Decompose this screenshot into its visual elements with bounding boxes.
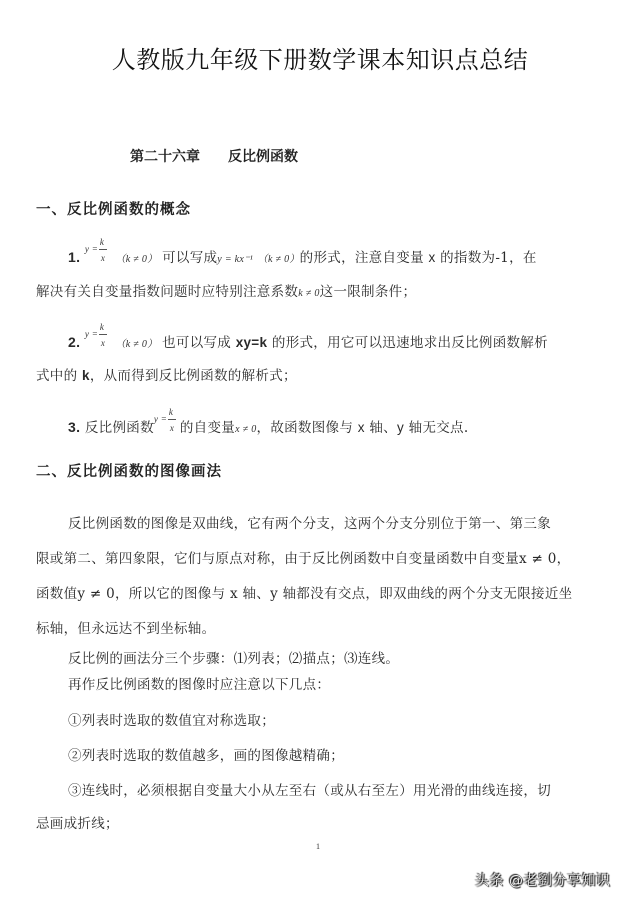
concept-item-2-line-1: 2. y = k x （k ≠ 0） 也可以写成 xy=k 的形式，用它可以迅速… bbox=[68, 325, 548, 353]
drawing-steps: 反比例的画法分三个步骤：⑴列表；⑵描点；⑶连线。 bbox=[68, 647, 399, 667]
note-item-3-continued: 忌画成折线； bbox=[36, 812, 119, 832]
concept-item-2-line-2: 式中的 k，从而得到反比例函数的解析式； bbox=[36, 364, 297, 384]
section-heading-graphing: 二、反比例函数的图像画法 bbox=[36, 460, 222, 481]
item-number: 3. bbox=[68, 419, 80, 435]
chapter-heading: 第二十六章反比例函数 bbox=[130, 146, 298, 166]
item-number: 1. bbox=[68, 249, 80, 265]
concept-item-1-line-1: 1. y = k x （k ≠ 0） 可以写成y = kx⁻¹ （k ≠ 0）的… bbox=[68, 240, 537, 268]
watermark: 头条 @老劉分享知识 bbox=[475, 870, 610, 890]
item-number: 2. bbox=[68, 334, 80, 350]
chapter-name: 反比例函数 bbox=[228, 149, 298, 165]
concept-item-1-line-2: 解决有关自变量指数问题时应特别注意系数k ≠ 0这一限制条件； bbox=[36, 280, 416, 300]
fraction-formula: y = k x bbox=[85, 325, 111, 353]
graphing-paragraph-line-3: 函数值y ≠ 0，所以它的图像与 x 轴、y 轴都没有交点，即双曲线的两个分支无… bbox=[36, 582, 572, 602]
graphing-paragraph-line-1: 反比例函数的图像是双曲线，它有两个分支，这两个分支分别位于第一、第三象 bbox=[68, 512, 551, 532]
document-title: 人教版九年级下册数学课本知识点总结 bbox=[0, 40, 640, 75]
xy-formula: xy=k bbox=[236, 335, 268, 350]
concept-item-3: 3. 反比例函数 y = k x 的自变量x ≠ 0，故函数图像与 x 轴、y … bbox=[68, 410, 468, 438]
note-item-2: ②列表时选取的数值越多，画的图像越精确； bbox=[68, 744, 344, 764]
fraction-formula: y = k x bbox=[154, 410, 180, 438]
fraction-formula: y = k x bbox=[85, 240, 111, 268]
condition: （k ≠ 0） bbox=[115, 254, 157, 265]
chapter-number: 第二十六章 bbox=[130, 149, 200, 165]
page-number: 1 bbox=[316, 842, 320, 851]
note-item-1: ①列表时选取的数值宜对称选取； bbox=[68, 709, 275, 729]
section-heading-concept: 一、反比例函数的概念 bbox=[36, 198, 191, 219]
power-formula: y = kx⁻¹ bbox=[217, 254, 253, 265]
graphing-paragraph-line-2: 限或第二、第四象限，它们与原点对称，由于反比例函数中自变量函数中自变量x ≠ 0… bbox=[36, 547, 570, 567]
notes-intro: 再作反比例函数的图像时应注意以下几点： bbox=[68, 673, 330, 693]
graphing-paragraph-line-4: 标轴，但永远达不到坐标轴。 bbox=[36, 617, 215, 637]
note-item-3: ③连线时，必须根据自变量大小从左至右（或从右至左）用光滑的曲线连接，切 bbox=[68, 779, 551, 799]
